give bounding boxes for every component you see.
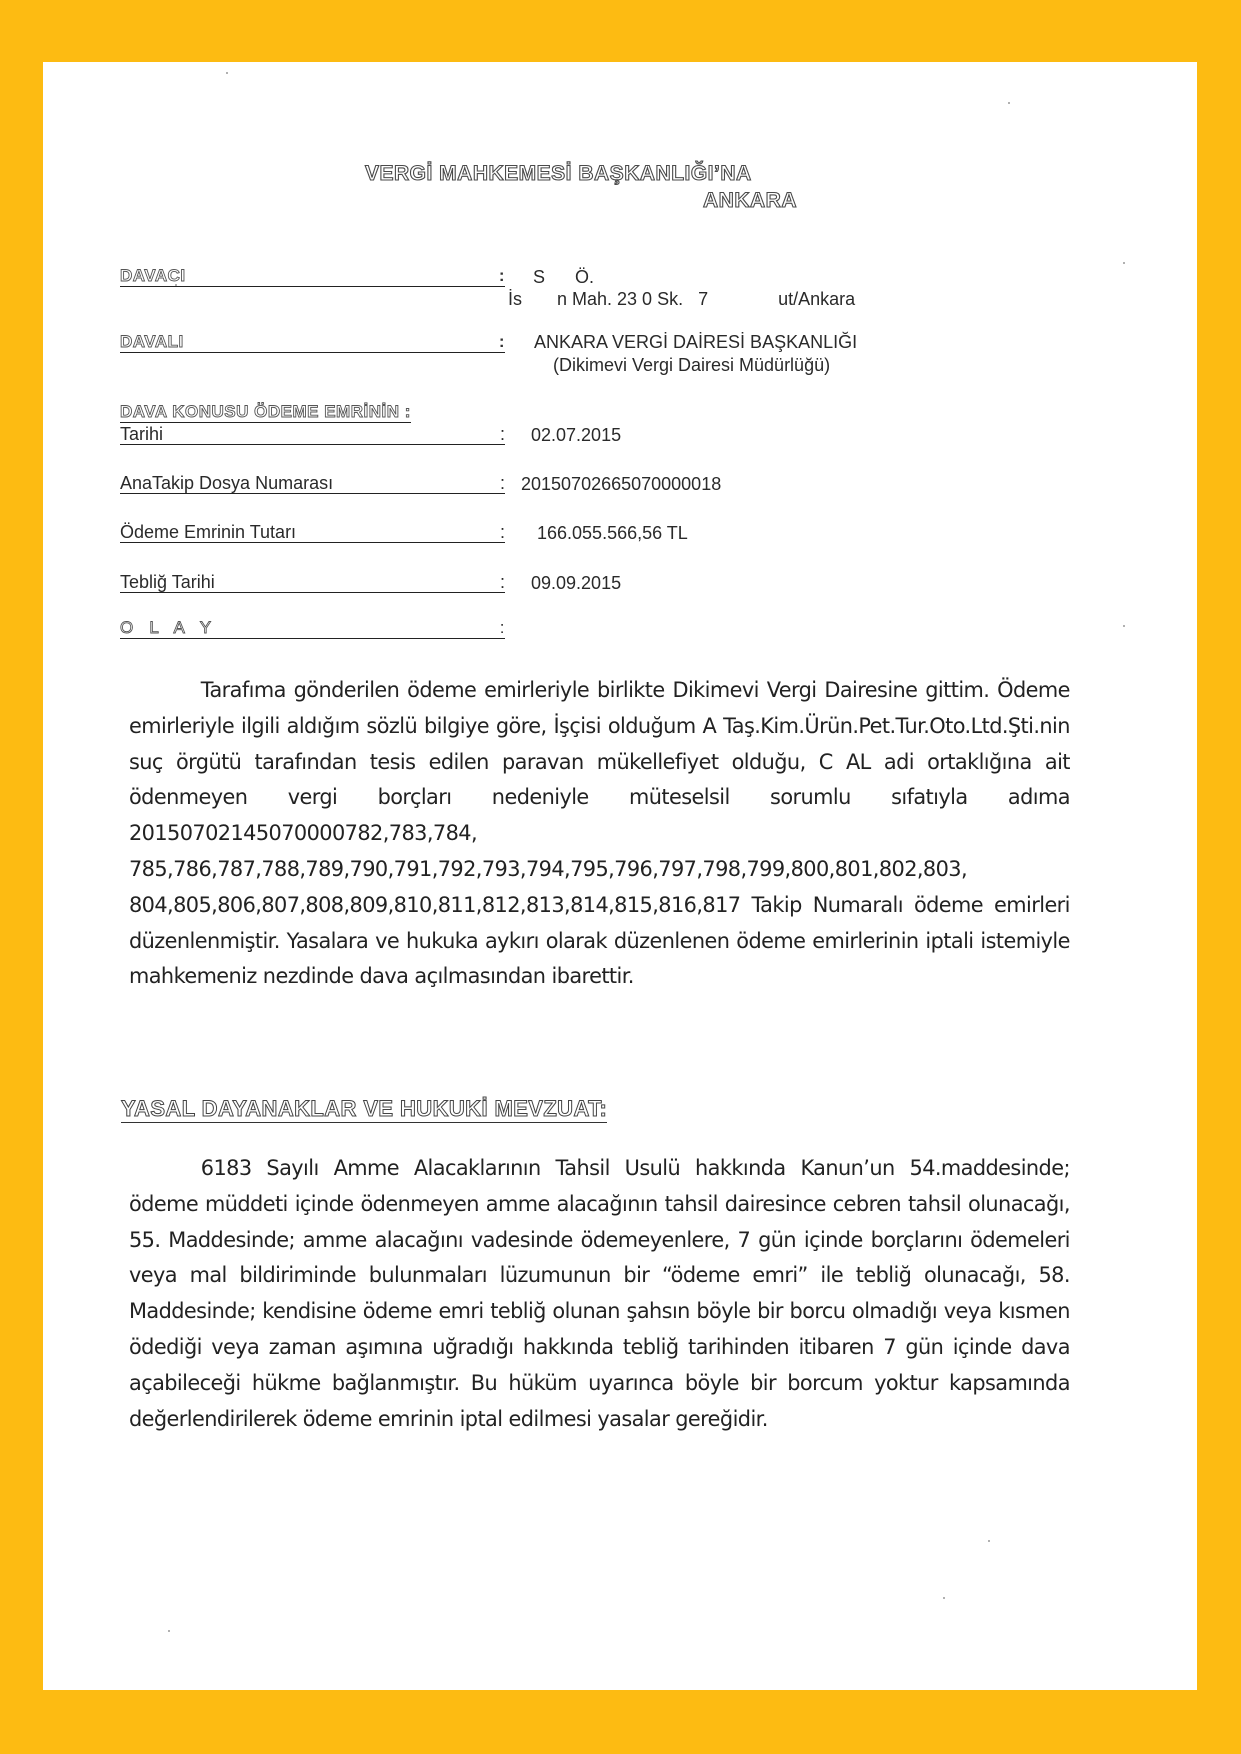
plaintiff-label: DAVACI — [120, 266, 186, 286]
file-number-row: AnaTakip Dosya Numarası : — [120, 473, 505, 494]
scan-speck — [988, 1540, 990, 1542]
date-label-wrap: Tarihi : — [120, 424, 505, 445]
scan-speck — [175, 284, 177, 286]
amount-label: Ödeme Emrinin Tutarı — [120, 522, 296, 542]
file-number-label: AnaTakip Dosya Numarası — [120, 473, 333, 493]
scan-speck — [226, 72, 228, 74]
notification-date-label-wrap: Tebliğ Tarihi : — [120, 572, 505, 593]
date-label: Tarihi — [120, 424, 163, 444]
file-number-label-wrap: AnaTakip Dosya Numarası : — [120, 473, 505, 494]
plaintiff-row: DAVACI : — [120, 266, 505, 287]
amount-value: 166.055.566,56 TL — [537, 523, 688, 543]
scan-speck — [1123, 625, 1125, 627]
legal-heading: YASAL DAYANAKLAR VE HUKUKİ MEVZUAT: — [121, 1096, 607, 1123]
defendant-name: ANKARA VERGİ DAİRESİ BAŞKANLIĞI — [534, 332, 857, 352]
defendant-subunit: (Dikimevi Vergi Dairesi Müdürlüğü) — [553, 355, 830, 375]
plaintiff-label-wrap: DAVACI : — [120, 266, 505, 287]
file-number-value: 20150702665070000018 — [521, 474, 721, 494]
event-heading: O L A Y — [120, 618, 212, 638]
event-heading-row: O L A Y : — [120, 618, 505, 639]
court-heading: VERGİ MAHKEMESİ BAŞKANLIĞI’NA — [365, 162, 752, 186]
amount-label-wrap: Ödeme Emrinin Tutarı : — [120, 522, 505, 543]
notification-date-row: Tebliğ Tarihi : — [120, 572, 505, 593]
amount-row: Ödeme Emrinin Tutarı : — [120, 522, 505, 543]
colon: : — [500, 424, 505, 444]
plaintiff-address: İs n Mah. 23 0 Sk. 7 ut/Ankara — [508, 289, 855, 309]
defendant-label-wrap: DAVALI : — [120, 332, 505, 353]
colon: : — [499, 266, 505, 286]
event-paragraph-block: Tarafıma gönderilen ödeme emirleriyle bi… — [129, 673, 1070, 995]
colon: : — [500, 572, 505, 592]
subject-heading: DAVA KONUSU ÖDEME EMRİNİN : — [120, 402, 411, 423]
document-page: VERGİ MAHKEMESİ BAŞKANLIĞI’NA ANKARA DAV… — [43, 62, 1197, 1690]
event-paragraph: Tarafıma gönderilen ödeme emirleriyle bi… — [129, 678, 1070, 989]
colon: : — [500, 618, 505, 638]
notification-date-label: Tebliğ Tarihi — [120, 572, 215, 592]
notification-date-value: 09.09.2015 — [531, 573, 621, 593]
date-row: Tarihi : — [120, 424, 505, 445]
scan-speck — [1123, 262, 1125, 264]
date-value: 02.07.2015 — [531, 425, 621, 445]
colon: : — [500, 473, 505, 493]
defendant-label: DAVALI — [120, 332, 184, 352]
plaintiff-name: S Ö. — [533, 267, 594, 287]
colon: : — [499, 332, 505, 352]
scan-speck — [168, 1630, 170, 1632]
scan-speck — [943, 1597, 945, 1599]
city-heading: ANKARA — [703, 189, 797, 213]
event-heading-wrap: O L A Y : — [120, 618, 505, 639]
defendant-row: DAVALI : — [120, 332, 505, 353]
legal-paragraph: 6183 Sayılı Amme Alacaklarının Tahsil Us… — [129, 1156, 1070, 1432]
scan-speck — [1008, 102, 1010, 104]
colon: : — [500, 522, 505, 542]
legal-paragraph-block: 6183 Sayılı Amme Alacaklarının Tahsil Us… — [129, 1151, 1070, 1437]
